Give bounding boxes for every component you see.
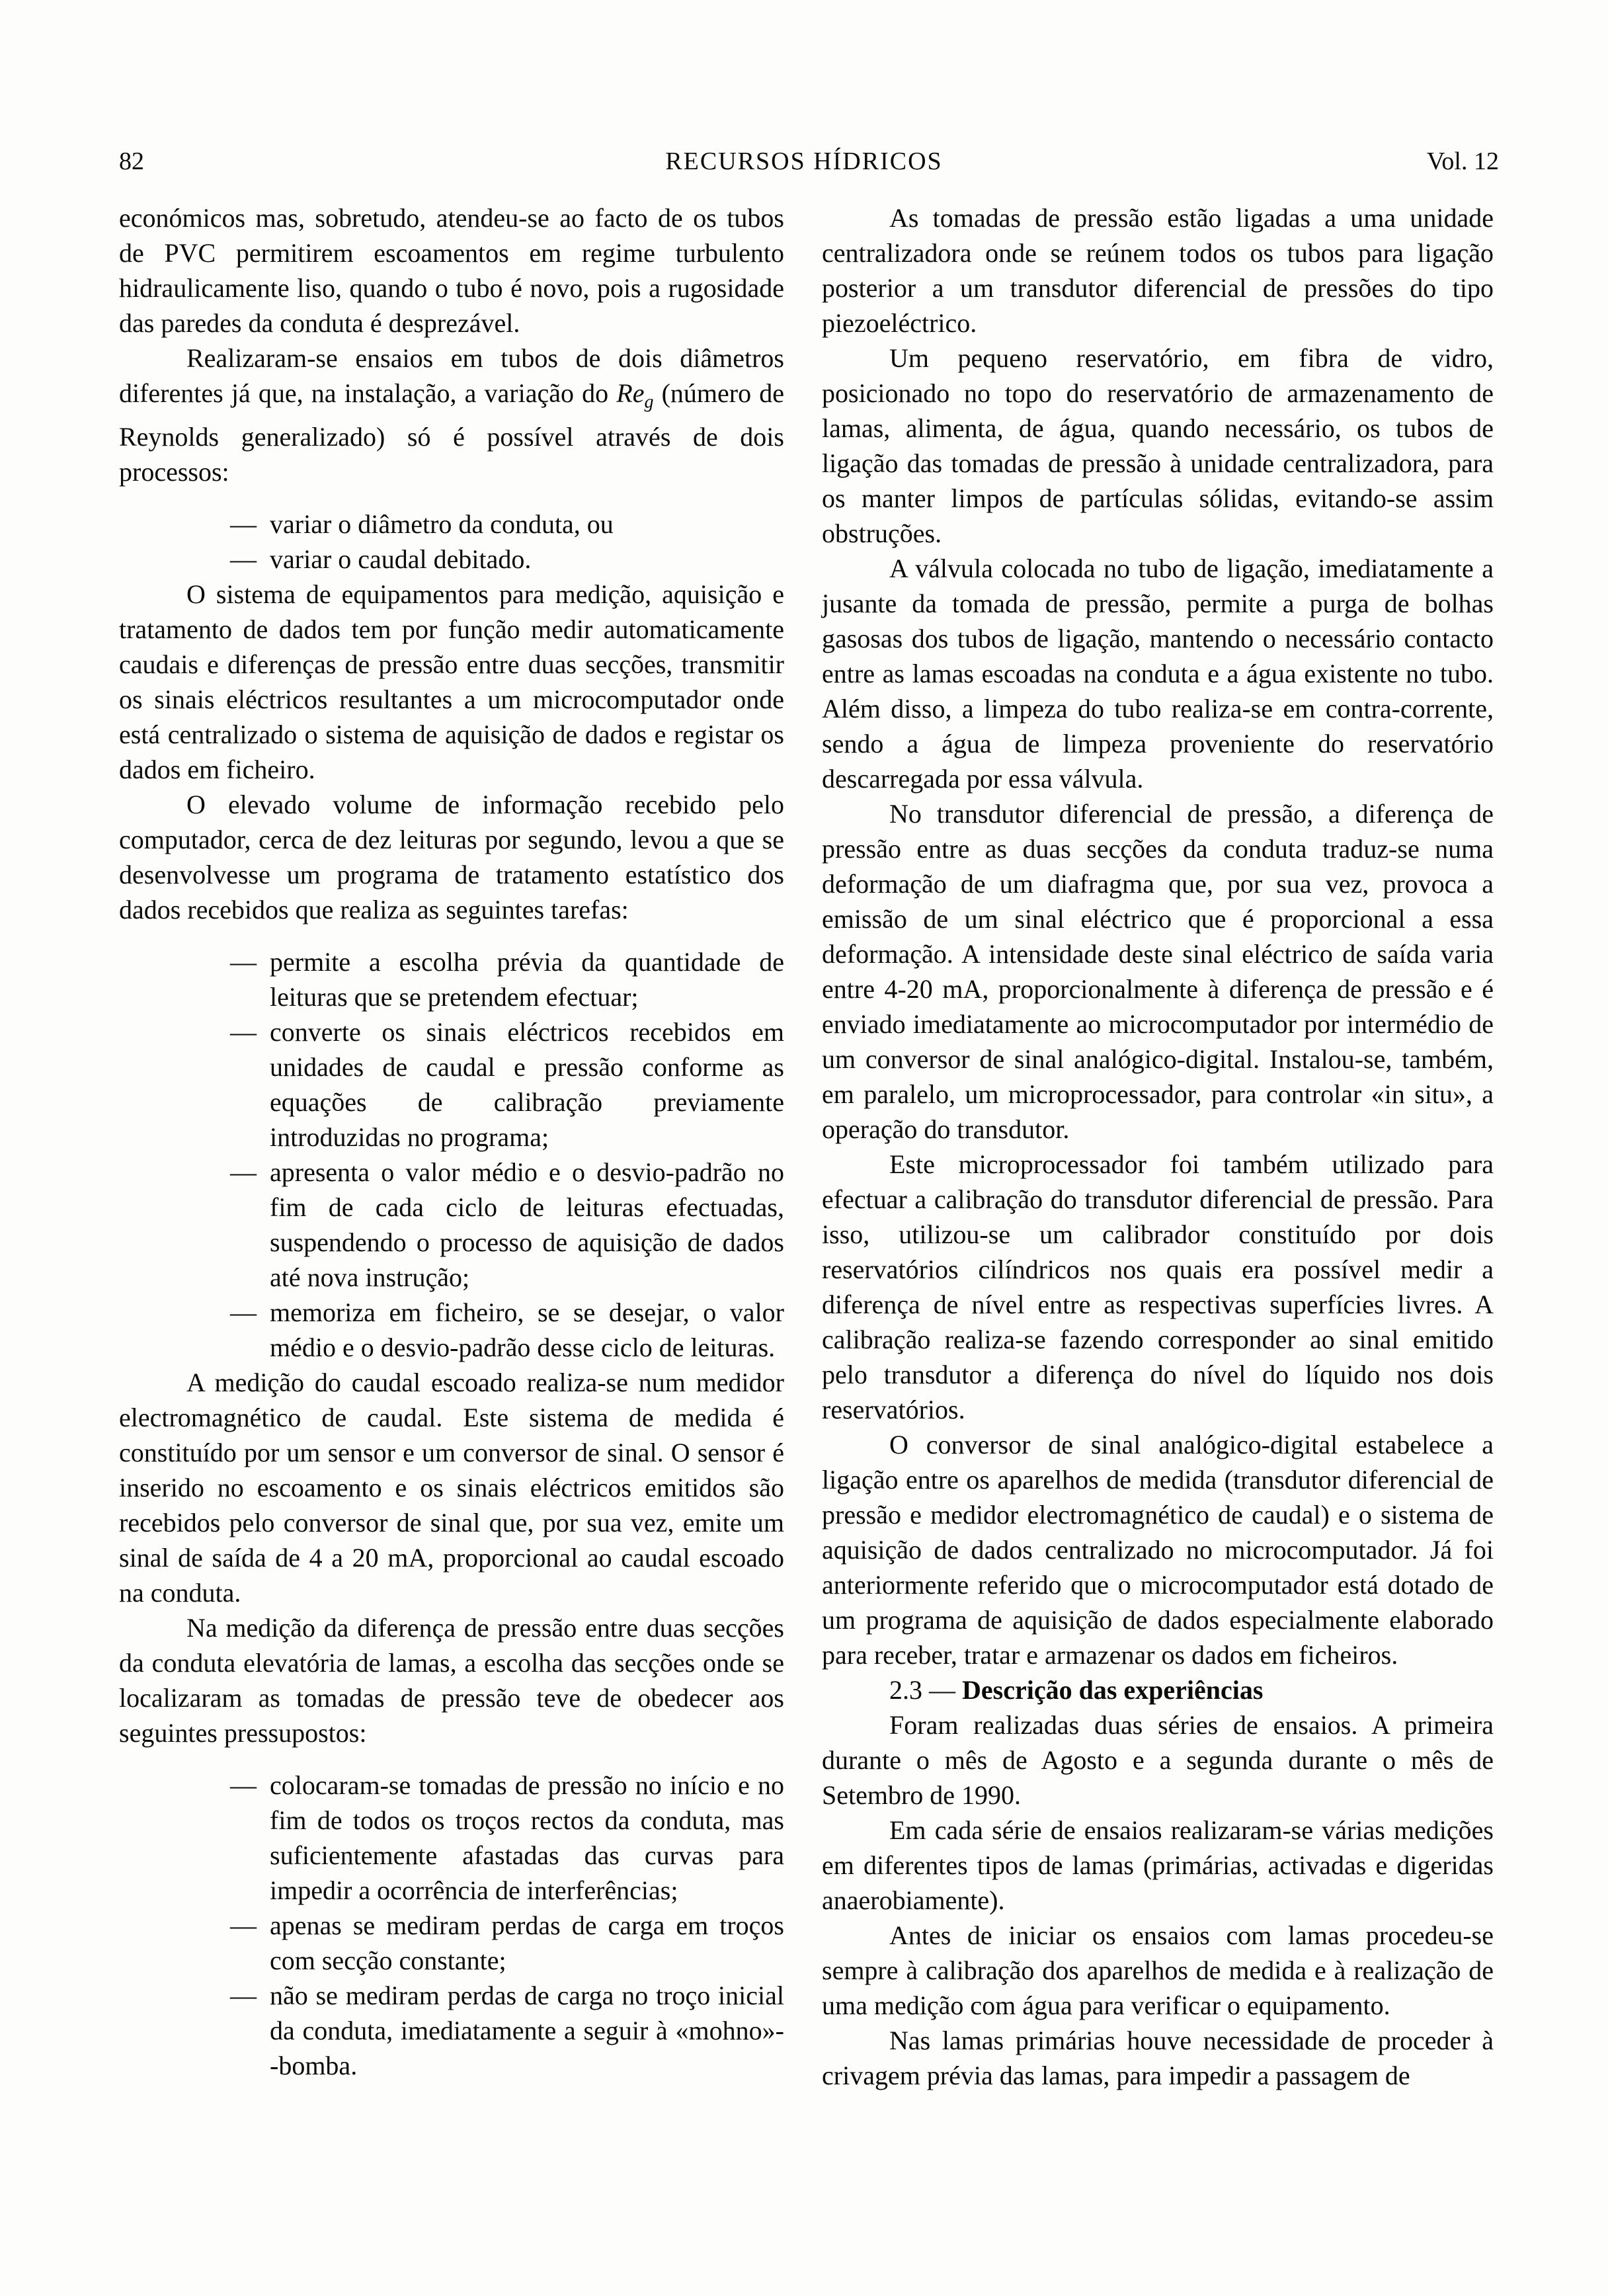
paragraph: Na medição da diferença de pressão entre… [119,1610,784,1750]
dash-marker: — [230,507,257,542]
reynolds-symbol: Re [616,378,644,408]
volume-label: Vol. 12 [1427,147,1499,176]
paragraph: O conversor de sinal analógico-digital e… [822,1427,1494,1672]
paragraph-reynolds: Realizaram-se ensaios em tubos de dois d… [119,341,784,489]
dash-marker: — [230,1768,257,1803]
dash-marker: — [230,1155,257,1190]
list-item: — apenas se mediram perdas de carga em t… [270,1908,784,1978]
list-item-text: variar o caudal debitado. [270,544,531,574]
section-heading: 2.3 — Descrição das experiências [822,1672,1494,1707]
list-item: — converte os sinais eléctricos recebido… [270,1014,784,1155]
paragraph: As tomadas de pressão estão ligadas a um… [822,200,1494,341]
list-item-text: apenas se mediram perdas de carga em tro… [270,1910,784,1975]
paragraph: Antes de iniciar os ensaios com lamas pr… [822,1918,1494,2023]
reynolds-subscript: g [644,391,653,412]
list-item-text: variar o diâmetro da conduta, ou [270,509,614,539]
list-item: — variar o caudal debitado. [270,542,784,577]
paragraph: Um pequeno reservatório, em fibra de vid… [822,341,1494,551]
list-item: — permite a escolha prévia da quantidade… [270,944,784,1014]
paragraph: Foram realizadas duas séries de ensaios.… [822,1707,1494,1813]
list-item: — colocaram-se tomadas de pressão no iní… [270,1768,784,1908]
heading-title: Descrição das experiências [962,1675,1263,1705]
paragraph: A medição do caudal escoado realiza-se n… [119,1365,784,1610]
paragraph: O elevado volume de informação recebido … [119,787,784,927]
heading-number: 2.3 — [889,1675,962,1705]
list-item-text: não se mediram perdas de carga no troço … [270,1981,784,2080]
list-item-text: memoriza em ficheiro, se se desejar, o v… [270,1297,784,1362]
paragraph: O sistema de equipamentos para medição, … [119,577,784,787]
paragraph: A válvula colocada no tubo de ligação, i… [822,551,1494,796]
dash-marker: — [230,944,257,979]
right-column: As tomadas de pressão estão ligadas a um… [822,200,1494,2093]
paragraph: Nas lamas primárias houve necessidade de… [822,2023,1494,2093]
dash-marker: — [230,1295,257,1330]
scanned-document-page: 82 RECURSOS HÍDRICOS Vol. 12 económicos … [0,0,1608,2296]
tasks-list: — permite a escolha prévia da quantidade… [270,944,784,1365]
paragraph: No transdutor diferencial de pressão, a … [822,796,1494,1147]
list-item-text: colocaram-se tomadas de pressão no iníci… [270,1770,784,1905]
list-item: — apresenta o valor médio e o desvio-pad… [270,1155,784,1295]
list-item-text: converte os sinais eléctricos recebidos … [270,1017,784,1152]
dash-marker: — [230,1014,257,1049]
list-item: — variar o diâmetro da conduta, ou [270,507,784,542]
dash-marker: — [230,1978,257,2013]
list-item: — não se mediram perdas de carga no troç… [270,1978,784,2083]
dash-marker: — [230,542,257,577]
journal-title: RECURSOS HÍDRICOS [0,147,1608,176]
paragraph: Este microprocessador foi também utiliza… [822,1147,1494,1427]
left-column: económicos mas, sobretudo, atendeu-se ao… [119,200,784,2083]
list-item: — memoriza em ficheiro, se se desejar, o… [270,1295,784,1365]
paragraph: Em cada série de ensaios realizaram-se v… [822,1813,1494,1918]
process-list: — variar o diâmetro da conduta, ou — var… [270,507,784,577]
assumptions-list: — colocaram-se tomadas de pressão no iní… [270,1768,784,2083]
list-item-text: permite a escolha prévia da quantidade d… [270,947,784,1012]
dash-marker: — [230,1908,257,1943]
running-head: 82 RECURSOS HÍDRICOS Vol. 12 [0,147,1608,180]
paragraph-continuation: económicos mas, sobretudo, atendeu-se ao… [119,200,784,341]
list-item-text: apresenta o valor médio e o desvio-padrã… [270,1157,784,1292]
